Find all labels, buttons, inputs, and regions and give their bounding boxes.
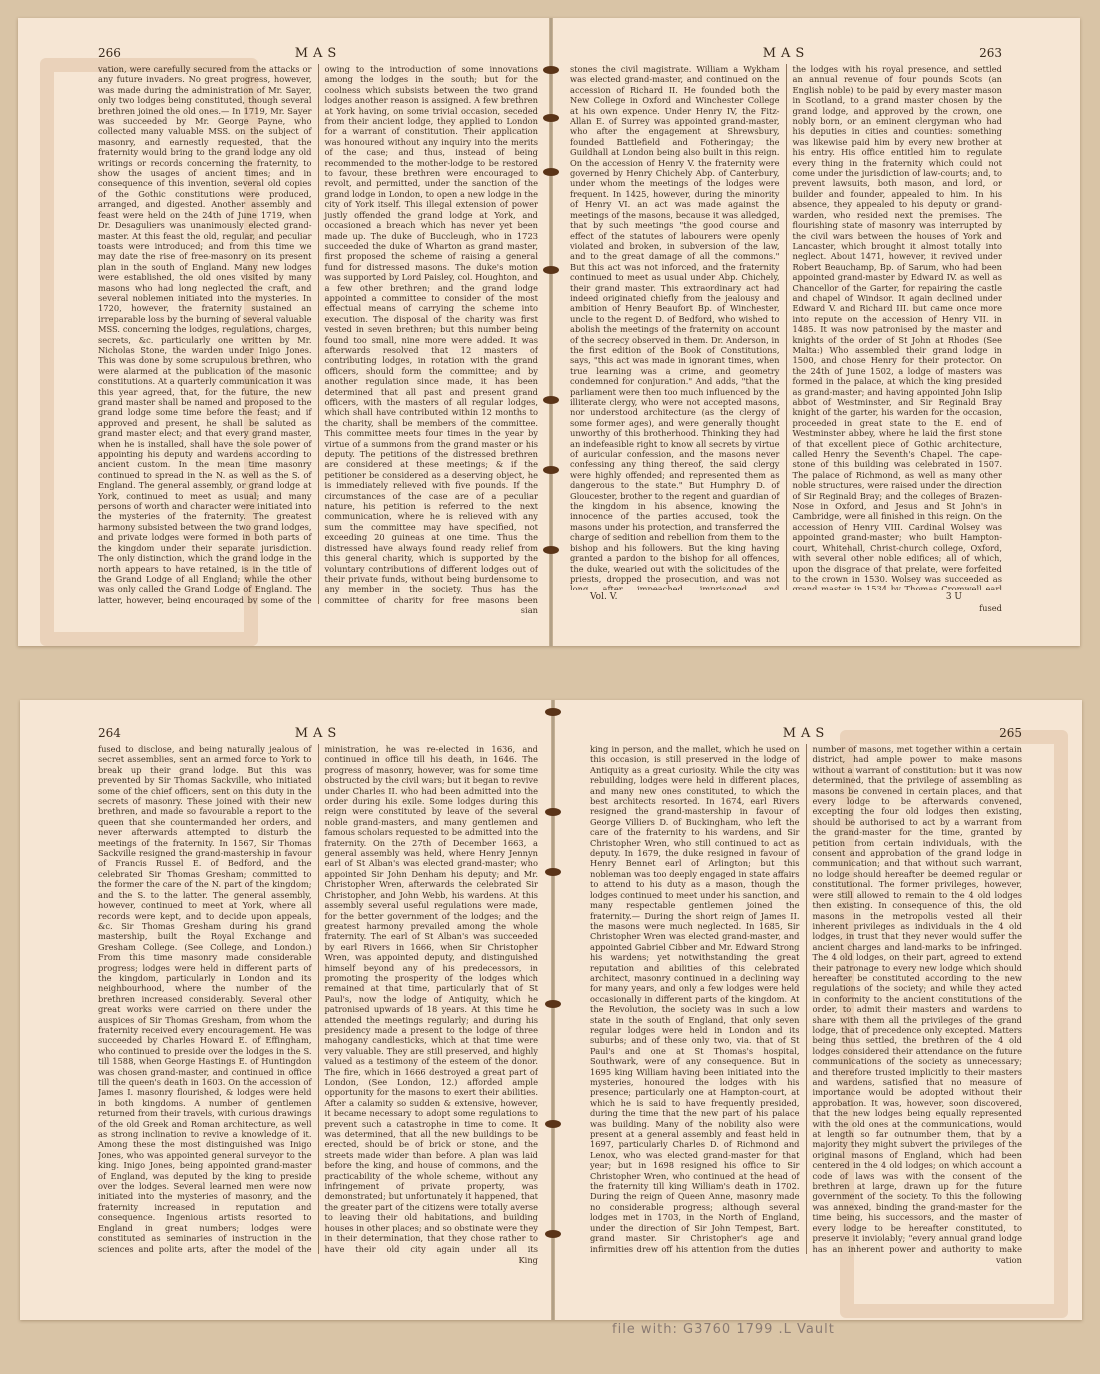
volume-mark: Vol. V. (590, 592, 617, 602)
text-column-1: king in person, and the mallet, which he… (590, 744, 800, 1254)
stitch-hole (545, 868, 561, 876)
page-264: 264 MAS fused to disclose, and being nat… (98, 726, 538, 1265)
text-column-2: number of masons, met together within a … (806, 744, 1023, 1254)
running-head-title: MAS (98, 46, 538, 61)
center-fold (551, 700, 555, 1320)
page-number: 265 (999, 726, 1022, 740)
stitch-hole (543, 266, 559, 274)
handwritten-call-number-note: file with: G3760 1799 .L Vault (612, 1322, 835, 1337)
running-header: 266 MAS (98, 46, 538, 64)
stitch-hole (543, 546, 559, 554)
stitch-hole (543, 466, 559, 474)
catchword: King (98, 1255, 538, 1265)
bottom-sheet: 264 MAS fused to disclose, and being nat… (20, 700, 1082, 1320)
stitch-hole (545, 1120, 561, 1128)
catchword: sian (98, 605, 538, 615)
running-head-title: MAS (570, 46, 1002, 61)
stitch-hole (545, 1230, 561, 1238)
running-header: MAS 265 (590, 726, 1022, 744)
running-head-title: MAS (98, 726, 538, 741)
signature-mark: 3 U (946, 592, 962, 602)
text-column-1: vation, were carefully secured from the … (98, 64, 312, 604)
text-column-1: stones the civil magistrate. William a W… (570, 64, 780, 590)
page-263: MAS 263 stones the civil magistrate. Wil… (570, 46, 1002, 613)
stitch-hole (543, 114, 559, 122)
catchword: fused (570, 603, 1002, 613)
running-head-title: MAS (590, 726, 1022, 741)
stitch-hole (543, 168, 559, 176)
text-column-2: ministration, he was re-elected in 1636,… (318, 744, 539, 1254)
signature-line: Vol. V. 3 U (570, 590, 1002, 602)
running-header: 264 MAS (98, 726, 538, 744)
text-column-1: fused to disclose, and being naturally j… (98, 744, 312, 1254)
stitch-hole (545, 708, 561, 716)
page-266: 266 MAS vation, were carefully secured f… (98, 46, 538, 615)
stitch-hole (545, 1000, 561, 1008)
text-column-2: the lodges with his royal presence, and … (786, 64, 1003, 590)
stitch-hole (545, 808, 561, 816)
running-header: MAS 263 (570, 46, 1002, 64)
text-column-2: owing to the introduction of some innova… (318, 64, 539, 604)
stitch-hole (543, 66, 559, 74)
page-number: 263 (979, 46, 1002, 60)
stitch-hole (543, 396, 559, 404)
catchword: vation (590, 1255, 1022, 1265)
page-265: MAS 265 king in person, and the mallet, … (590, 726, 1022, 1265)
top-sheet: 266 MAS vation, were carefully secured f… (18, 18, 1080, 646)
